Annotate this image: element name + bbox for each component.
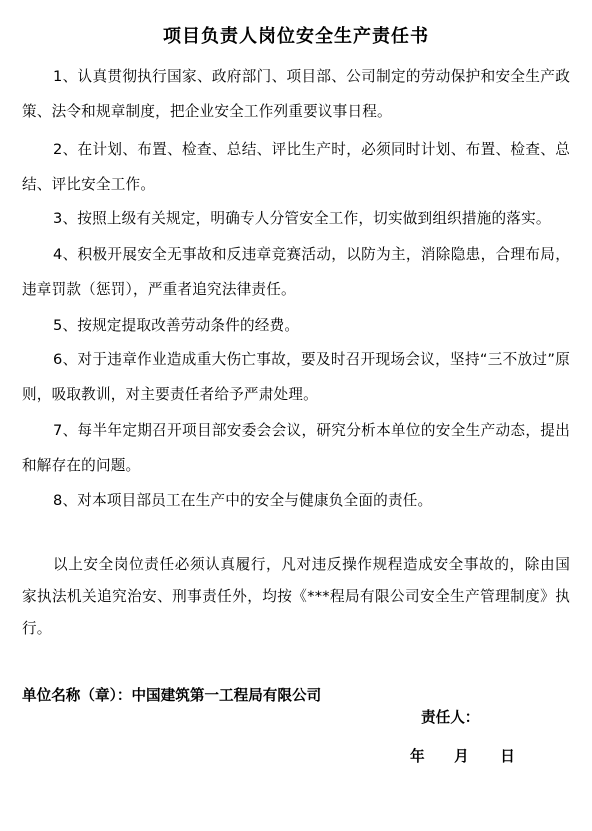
item-4: 4、积极开展安全无事故和反违章竞赛活动，以防为主，消除隐患，合理布局，违章罚款（… — [22, 238, 570, 307]
item-6: 6、对于违章作业造成重大伤亡事故，要及时召开现场会议，坚持“三不放过”原则，吸取… — [22, 343, 570, 412]
responsible-person-label: 责任人： — [421, 706, 479, 727]
closing-paragraph: 以上安全岗位责任必须认真履行，凡对违反操作规程造成安全事故的，除由国家执法机关追… — [22, 549, 570, 645]
item-3: 3、按照上级有关规定，明确专人分管安全工作，切实做到组织措施的落实。 — [22, 202, 570, 237]
date-day: 日 — [500, 745, 515, 766]
item-5: 5、按规定提取改善劳动条件的经费。 — [22, 309, 570, 344]
unit-name-label: 单位名称（章）：中国建筑第一工程局有限公司 — [22, 684, 321, 705]
signature-date: 年 月 日 — [410, 745, 515, 766]
item-1: 1、认真贯彻执行国家、政府部门、项目部、公司制定的劳动保护和安全生产政策、法令和… — [22, 60, 570, 129]
item-7: 7、每半年定期召开项目部安委会会议，研究分析本单位的安全生产动态，提出和解存在的… — [22, 414, 570, 483]
item-8: 8、对本项目部员工在生产中的安全与健康负全面的责任。 — [22, 484, 570, 519]
date-month: 月 — [454, 745, 495, 766]
item-2: 2、在计划、布置、检查、总结、评比生产时，必须同时计划、布置、检查、总结、评比安… — [22, 133, 570, 202]
document-title: 项目负责人岗位安全生产责任书 — [0, 22, 592, 48]
date-year: 年 — [410, 745, 449, 766]
